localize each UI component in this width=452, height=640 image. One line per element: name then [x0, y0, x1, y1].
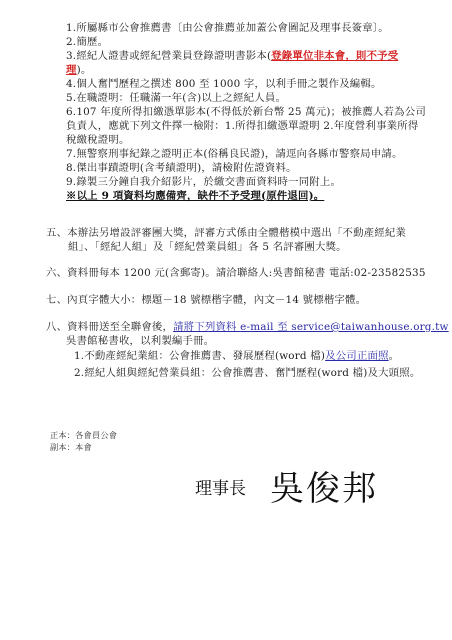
section-five-line1: 五、本辦法另增設評審團大獎，評審方式係由全體楷模中選出「不動產經紀業: [46, 227, 406, 240]
section-eight-line2: 吳書館秘書收，以利製編手冊。: [66, 335, 214, 348]
requirement-item-3-text: 3.經紀人證書或經紀營業員登錄證明書影本(: [66, 50, 271, 62]
signature-title: 理事長: [195, 474, 246, 499]
distribution-copy: 副本：本會: [50, 442, 92, 453]
section-five-line2: 組」、「經紀人組」及「經紀營業員組」各 5 名評審團大獎。: [68, 241, 347, 254]
section-seven: 七、內頁字體大小：標題－18 號標楷字體，內文－14 號標楷字體。: [46, 294, 366, 307]
section-eight-prefix: 八、資料冊送至全聯會後，: [46, 321, 173, 333]
requirement-item-7: 7.無警察刑事紀錄之證明正本(俗稱良民證)，請逕向各縣市警察局申請。: [66, 148, 403, 161]
requirement-item-3-warning: 登錄單位非本會，則不予受: [271, 50, 398, 62]
section-eight-sub2: 2.經紀人組與經紀營業員組：公會推薦書、奮鬥歷程(word 檔)及大頭照。: [74, 367, 420, 380]
distribution-original: 正本：各會員公會: [50, 430, 117, 441]
requirement-item-6-cont2: 稅繳稅證明。: [66, 134, 130, 147]
requirement-item-9: 9.錄製三分鐘自我介紹影片，於繳交書面資料時一同附上。: [66, 176, 341, 189]
requirement-item-4: 4.個人奮鬥歷程之撰述 800 至 1000 字，以利手冊之製作及編輯。: [66, 78, 382, 91]
email-link[interactable]: 請將下列資料 e-mail 至 service@taiwanhouse.org.…: [173, 321, 449, 333]
section-eight-sub1-text: 1.不動產經紀業組：公會推薦書、發展歷程(word 檔): [74, 350, 325, 362]
requirement-item-6-cont: 負責人，應就下列文件擇一檢附：1.所得扣繳憑單證明 2.年度營利事業所得: [66, 120, 418, 133]
signature-name: 吳俊邦: [270, 461, 378, 510]
requirement-item-3: 3.經紀人證書或經紀營業員登錄證明書影本(登錄單位非本會，則不予受: [66, 50, 398, 63]
section-eight-line1: 八、資料冊送至全聯會後，請將下列資料 e-mail 至 service@taiw…: [46, 321, 449, 334]
section-eight-sub1-tail: 。: [389, 350, 400, 362]
section-six: 六、資料冊每本 1200 元(含郵寄)。請洽聯絡人:吳書館秘書 電話:02-23…: [46, 267, 426, 280]
requirement-item-3-warning-cont: 理: [66, 64, 77, 76]
requirement-item-1: 1.所屬縣市公會推薦書〔由公會推薦並加蓋公會圖記及理事長簽章〕。: [66, 22, 389, 35]
requirement-item-8: 8.傑出事蹟證明(含考績證明)，請檢附佐證資料。: [66, 162, 297, 175]
requirement-item-2: 2.簡歷。: [66, 36, 108, 49]
company-photo-link[interactable]: 及公司正面照: [325, 350, 389, 362]
requirement-item-6: 6.107 年度所得扣繳憑單影本(不得低於新台幣 25 萬元)；被推薦人若為公司: [66, 106, 426, 119]
requirements-notice: ※以上 9 項資料均應備齊，缺件不予受理(原件退回)。: [66, 190, 324, 203]
requirement-item-3-cont: 理)。: [66, 64, 91, 77]
requirement-item-3-tail: )。: [77, 64, 92, 76]
section-eight-sub1: 1.不動產經紀業組：公會推薦書、發展歷程(word 檔)及公司正面照。: [74, 350, 399, 363]
requirement-item-5: 5.在職證明：任職滿一年(含)以上之經紀人員。: [66, 92, 286, 105]
